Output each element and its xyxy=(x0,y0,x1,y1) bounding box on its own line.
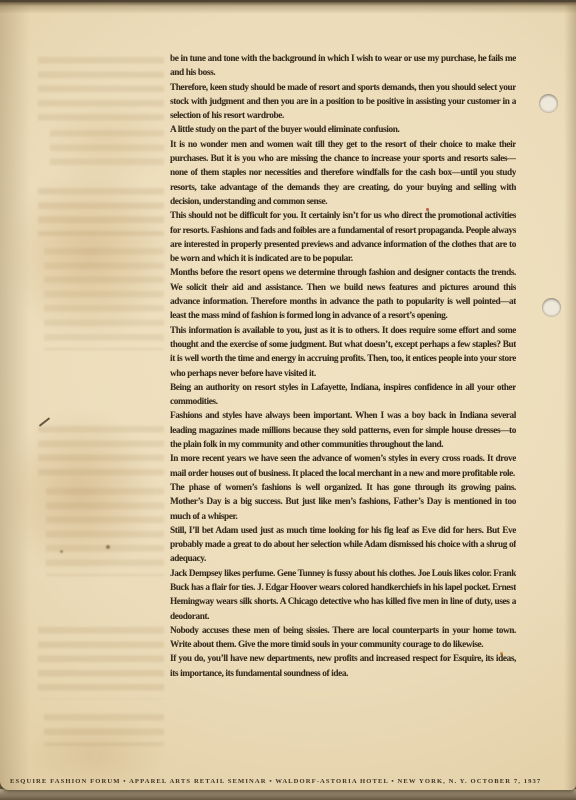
paragraph: This should not be difficult for you. It… xyxy=(170,208,516,265)
page-bottom-edge xyxy=(0,789,576,800)
paragraph: The phase of women’s fashions is well or… xyxy=(170,480,516,523)
stain xyxy=(10,167,170,342)
speck xyxy=(60,550,63,553)
body-text: be in tune and tone with the background … xyxy=(170,51,516,783)
punch-hole xyxy=(542,298,561,317)
paragraph: If you do, you’ll have new departments, … xyxy=(170,651,516,680)
page-top-edge xyxy=(0,2,576,14)
paper-sheet: be in tune and tone with the background … xyxy=(0,2,576,790)
scanned-page: be in tune and tone with the background … xyxy=(0,0,576,800)
paragraph: be in tune and tone with the background … xyxy=(170,51,516,80)
paragraph: In more recent years we have seen the ad… xyxy=(170,451,516,480)
paragraph: Months before the resort opens we determ… xyxy=(170,265,516,322)
right-edge-shading xyxy=(564,2,576,790)
stain xyxy=(5,412,155,577)
paragraph: A little study on the part of the buyer … xyxy=(170,122,516,136)
footer-event-line: ESQUIRE FASHION FORUM • APPAREL ARTS RET… xyxy=(10,778,568,785)
speck xyxy=(106,545,110,549)
paragraph: Fashions and styles have always been imp… xyxy=(170,408,516,451)
paragraph: Nobody accuses these men of being sissie… xyxy=(170,623,516,652)
paragraph: This information is available to you, ju… xyxy=(170,323,516,380)
paragraph: Therefore, keen study should be made of … xyxy=(170,80,516,123)
paragraph: Jack Dempsey likes perfume. Gene Tunney … xyxy=(170,566,516,623)
punch-hole xyxy=(539,94,558,113)
paragraph: Still, I’ll bet Adam used just as much t… xyxy=(170,523,516,566)
left-edge-shading xyxy=(0,2,30,790)
paragraph: It is no wonder men and women wait till … xyxy=(170,137,516,208)
show-through-text xyxy=(38,627,164,699)
stain xyxy=(45,97,165,187)
paragraph: Being an authority on resort styles in L… xyxy=(170,380,516,409)
